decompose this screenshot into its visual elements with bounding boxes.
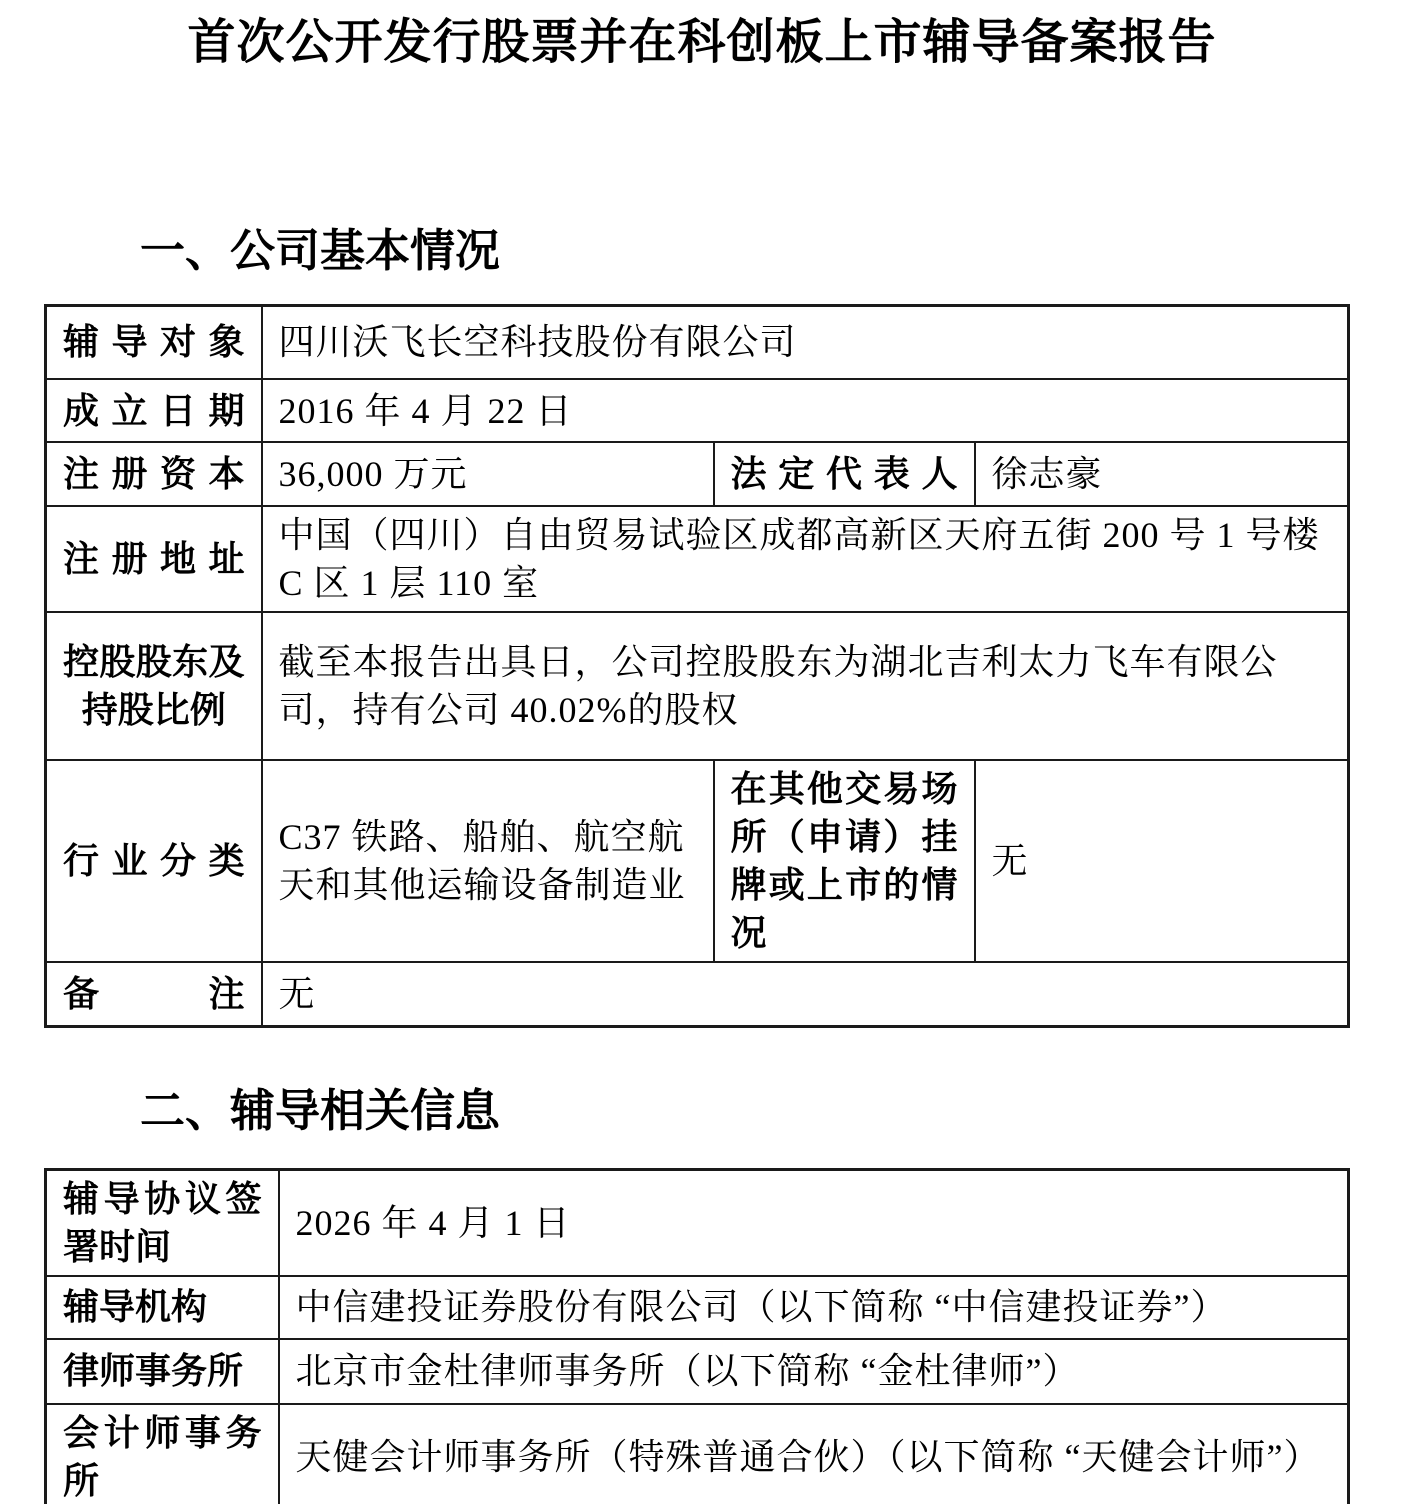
agreement-sign-date-label: 辅导协议签署时间 [46, 1169, 279, 1276]
table-row-controlling-shareholder: 控股股东及持股比例 截至本报告出具日，公司控股股东为湖北吉利太力飞车有限公司，持… [46, 612, 1349, 760]
remarks-label: 备注 [46, 962, 262, 1026]
controlling-shareholder-label: 控股股东及持股比例 [46, 612, 262, 760]
industry-classification-label: 行业分类 [46, 760, 262, 962]
guidance-info-table: 辅导协议签署时间 2026 年 4 月 1 日 辅导机构 中信建投证券股份有限公… [44, 1168, 1350, 1504]
controlling-shareholder-value: 截至本报告出具日，公司控股股东为湖北吉利太力飞车有限公司，持有公司 40.02%… [262, 612, 1349, 760]
law-firm-label: 律师事务所 [46, 1339, 279, 1404]
table-row-guidance-institution: 辅导机构 中信建投证券股份有限公司（以下简称 “中信建投证券”） [46, 1276, 1349, 1339]
accounting-firm-label: 会计师事务所 [46, 1404, 279, 1504]
registered-capital-label: 注册资本 [46, 442, 262, 506]
table-row-registered-capital: 注册资本 36,000 万元 法定代表人 徐志豪 [46, 442, 1349, 506]
table-row-agreement-sign-date: 辅导协议签署时间 2026 年 4 月 1 日 [46, 1169, 1349, 1276]
other-listing-label: 在其他交易场所（申请）挂牌或上市的情况 [714, 760, 975, 962]
establish-date-value: 2016 年 4 月 22 日 [262, 379, 1349, 442]
accounting-firm-value: 天健会计师事务所（特殊普通合伙）（以下简称 “天健会计师”） [279, 1404, 1349, 1504]
section-heading-guidance-info: 二、辅导相关信息 [0, 1084, 1404, 1138]
table-row-industry-classification: 行业分类 C37 铁路、船舶、航空航天和其他运输设备制造业 在其他交易场所（申请… [46, 760, 1349, 962]
section-heading-company-basics: 一、公司基本情况 [0, 224, 1404, 278]
registered-address-label: 注册地址 [46, 506, 262, 612]
table-row-accounting-firm: 会计师事务所 天健会计师事务所（特殊普通合伙）（以下简称 “天健会计师”） [46, 1404, 1349, 1504]
other-listing-value: 无 [975, 760, 1349, 962]
guidance-target-value: 四川沃飞长空科技股份有限公司 [262, 305, 1349, 379]
table-row-establish-date: 成立日期 2016 年 4 月 22 日 [46, 379, 1349, 442]
table-row-remarks: 备注 无 [46, 962, 1349, 1026]
page-title: 首次公开发行股票并在科创板上市辅导备案报告 [0, 0, 1404, 72]
agreement-sign-date-value: 2026 年 4 月 1 日 [279, 1169, 1349, 1276]
guidance-institution-label: 辅导机构 [46, 1276, 279, 1339]
industry-classification-value: C37 铁路、船舶、航空航天和其他运输设备制造业 [262, 760, 714, 962]
company-info-table: 辅导对象 四川沃飞长空科技股份有限公司 成立日期 2016 年 4 月 22 日… [44, 304, 1350, 1028]
registered-address-value: 中国（四川）自由贸易试验区成都高新区天府五街 200 号 1 号楼 C 区 1 … [262, 506, 1349, 612]
registered-capital-value: 36,000 万元 [262, 442, 714, 506]
legal-representative-value: 徐志豪 [975, 442, 1349, 506]
guidance-target-label: 辅导对象 [46, 305, 262, 379]
report-page: 首次公开发行股票并在科创板上市辅导备案报告 一、公司基本情况 辅导对象 四川沃飞… [0, 0, 1404, 1504]
remarks-value: 无 [262, 962, 1349, 1026]
law-firm-value: 北京市金杜律师事务所（以下简称 “金杜律师”） [279, 1339, 1349, 1404]
legal-representative-label: 法定代表人 [714, 442, 975, 506]
table-row-registered-address: 注册地址 中国（四川）自由贸易试验区成都高新区天府五街 200 号 1 号楼 C… [46, 506, 1349, 612]
table-row-law-firm: 律师事务所 北京市金杜律师事务所（以下简称 “金杜律师”） [46, 1339, 1349, 1404]
table-row-guidance-target: 辅导对象 四川沃飞长空科技股份有限公司 [46, 305, 1349, 379]
guidance-institution-value: 中信建投证券股份有限公司（以下简称 “中信建投证券”） [279, 1276, 1349, 1339]
establish-date-label: 成立日期 [46, 379, 262, 442]
